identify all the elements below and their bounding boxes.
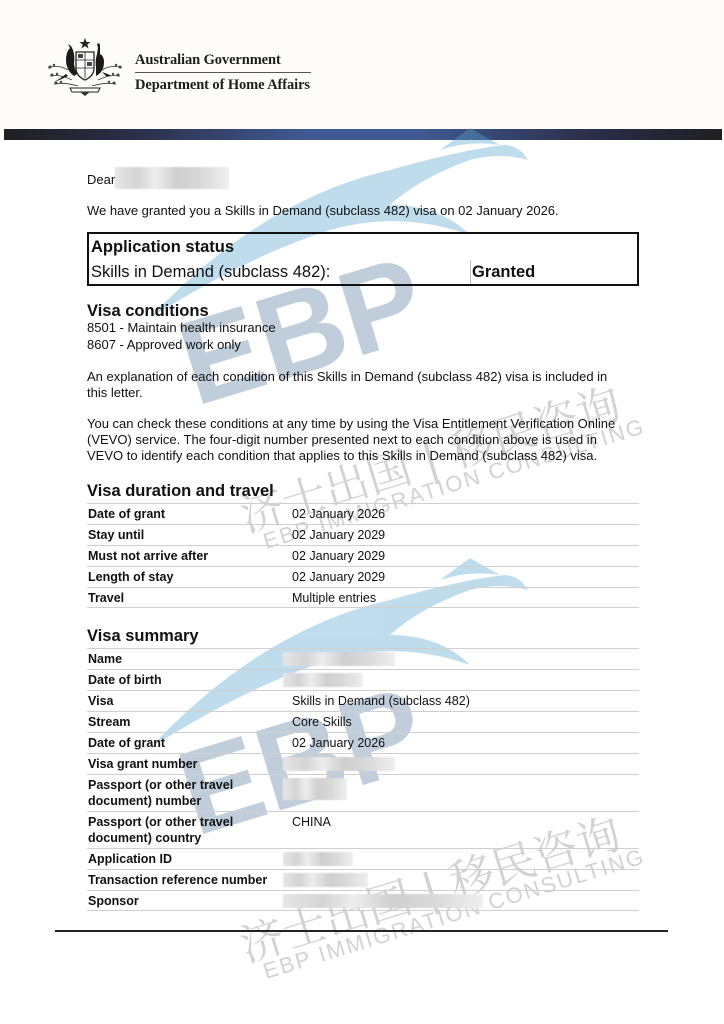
department-name: Department of Home Affairs <box>135 77 313 94</box>
table-row: Must not arrive after02 January 2029 <box>87 545 639 566</box>
salutation: Dear <box>87 172 115 188</box>
letterhead: Australian Government Department of Home… <box>0 0 724 130</box>
row-value: Skills in Demand (subclass 482) <box>292 693 470 709</box>
visa-duration-table: Date of grant02 January 2026Stay until02… <box>87 503 639 608</box>
application-status-value: Granted <box>472 262 535 282</box>
footer-divider <box>55 930 668 932</box>
redacted-value <box>283 778 347 800</box>
row-label: Name <box>88 651 122 667</box>
redacted-value <box>283 673 363 687</box>
table-row: Transaction reference number <box>87 869 639 890</box>
redacted-value <box>283 652 395 666</box>
condition-item: 8607 - Approved work only <box>87 337 241 353</box>
table-row: Sponsor <box>87 890 639 911</box>
row-value: 02 January 2026 <box>292 506 385 522</box>
row-label: Length of stay <box>88 569 173 585</box>
row-label: Visa grant number <box>88 756 198 772</box>
redacted-value <box>283 873 368 887</box>
row-label: Visa <box>88 693 114 709</box>
table-row: Length of stay02 January 2029 <box>87 566 639 587</box>
status-divider <box>470 260 471 284</box>
row-label: Date of birth <box>88 672 162 688</box>
row-value: Core Skills <box>292 714 352 730</box>
table-row: Date of birth <box>87 669 639 690</box>
table-row: Name <box>87 648 639 669</box>
conditions-explanation: this letter. <box>87 385 143 401</box>
row-value: 02 January 2029 <box>292 569 385 585</box>
row-label: Travel <box>88 590 124 606</box>
application-status-box: Application status Skills in Demand (sub… <box>87 232 639 286</box>
table-row: Visa grant number <box>87 753 639 774</box>
government-identity: Australian Government Department of Home… <box>135 52 313 94</box>
table-row: Application ID <box>87 848 639 869</box>
visa-summary-heading: Visa summary <box>87 626 199 646</box>
row-label: Must not arrive after <box>88 548 208 564</box>
vevo-paragraph: VEVO to identify each condition that app… <box>87 448 597 464</box>
table-row: StreamCore Skills <box>87 711 639 732</box>
table-row: Date of grant02 January 2026 <box>87 732 639 753</box>
header-gradient-bar <box>4 129 722 140</box>
redacted-value <box>283 852 353 866</box>
table-row: VisaSkills in Demand (subclass 482) <box>87 690 639 711</box>
table-row: Date of grant02 January 2026 <box>87 503 639 524</box>
recipient-name-redacted <box>115 167 229 189</box>
application-status-title: Application status <box>91 237 234 257</box>
row-label: Sponsor <box>88 893 139 909</box>
row-value: 02 January 2029 <box>292 548 385 564</box>
redacted-value <box>283 757 395 771</box>
table-row: Passport (or other traveldocument) numbe… <box>87 774 639 811</box>
redacted-value <box>283 894 483 908</box>
coat-of-arms-icon <box>44 36 126 98</box>
condition-item: 8501 - Maintain health insurance <box>87 320 276 336</box>
row-label: Passport (or other traveldocument) numbe… <box>88 777 233 809</box>
row-label: Transaction reference number <box>88 872 267 888</box>
visa-conditions-heading: Visa conditions <box>87 301 209 321</box>
row-label: Application ID <box>88 851 172 867</box>
table-row: Stay until02 January 2029 <box>87 524 639 545</box>
row-value: 02 January 2026 <box>292 735 385 751</box>
header-divider <box>135 72 311 73</box>
visa-summary-table: NameDate of birthVisaSkills in Demand (s… <box>87 648 639 911</box>
vevo-paragraph: (VEVO) service. The four-digit number pr… <box>87 432 597 448</box>
row-label: Passport (or other traveldocument) count… <box>88 814 233 846</box>
government-name: Australian Government <box>135 52 313 69</box>
row-label: Stay until <box>88 527 144 543</box>
row-value: CHINA <box>292 814 331 830</box>
conditions-explanation: An explanation of each condition of this… <box>87 369 607 385</box>
grant-statement: We have granted you a Skills in Demand (… <box>87 203 559 219</box>
row-value: 02 January 2029 <box>292 527 385 543</box>
row-value: Multiple entries <box>292 590 376 606</box>
visa-duration-heading: Visa duration and travel <box>87 481 274 501</box>
row-label: Date of grant <box>88 735 165 751</box>
table-row: TravelMultiple entries <box>87 587 639 608</box>
vevo-paragraph: You can check these conditions at any ti… <box>87 416 615 432</box>
application-status-visa: Skills in Demand (subclass 482): <box>91 262 330 282</box>
table-row: Passport (or other traveldocument) count… <box>87 811 639 848</box>
row-label: Date of grant <box>88 506 165 522</box>
row-label: Stream <box>88 714 130 730</box>
